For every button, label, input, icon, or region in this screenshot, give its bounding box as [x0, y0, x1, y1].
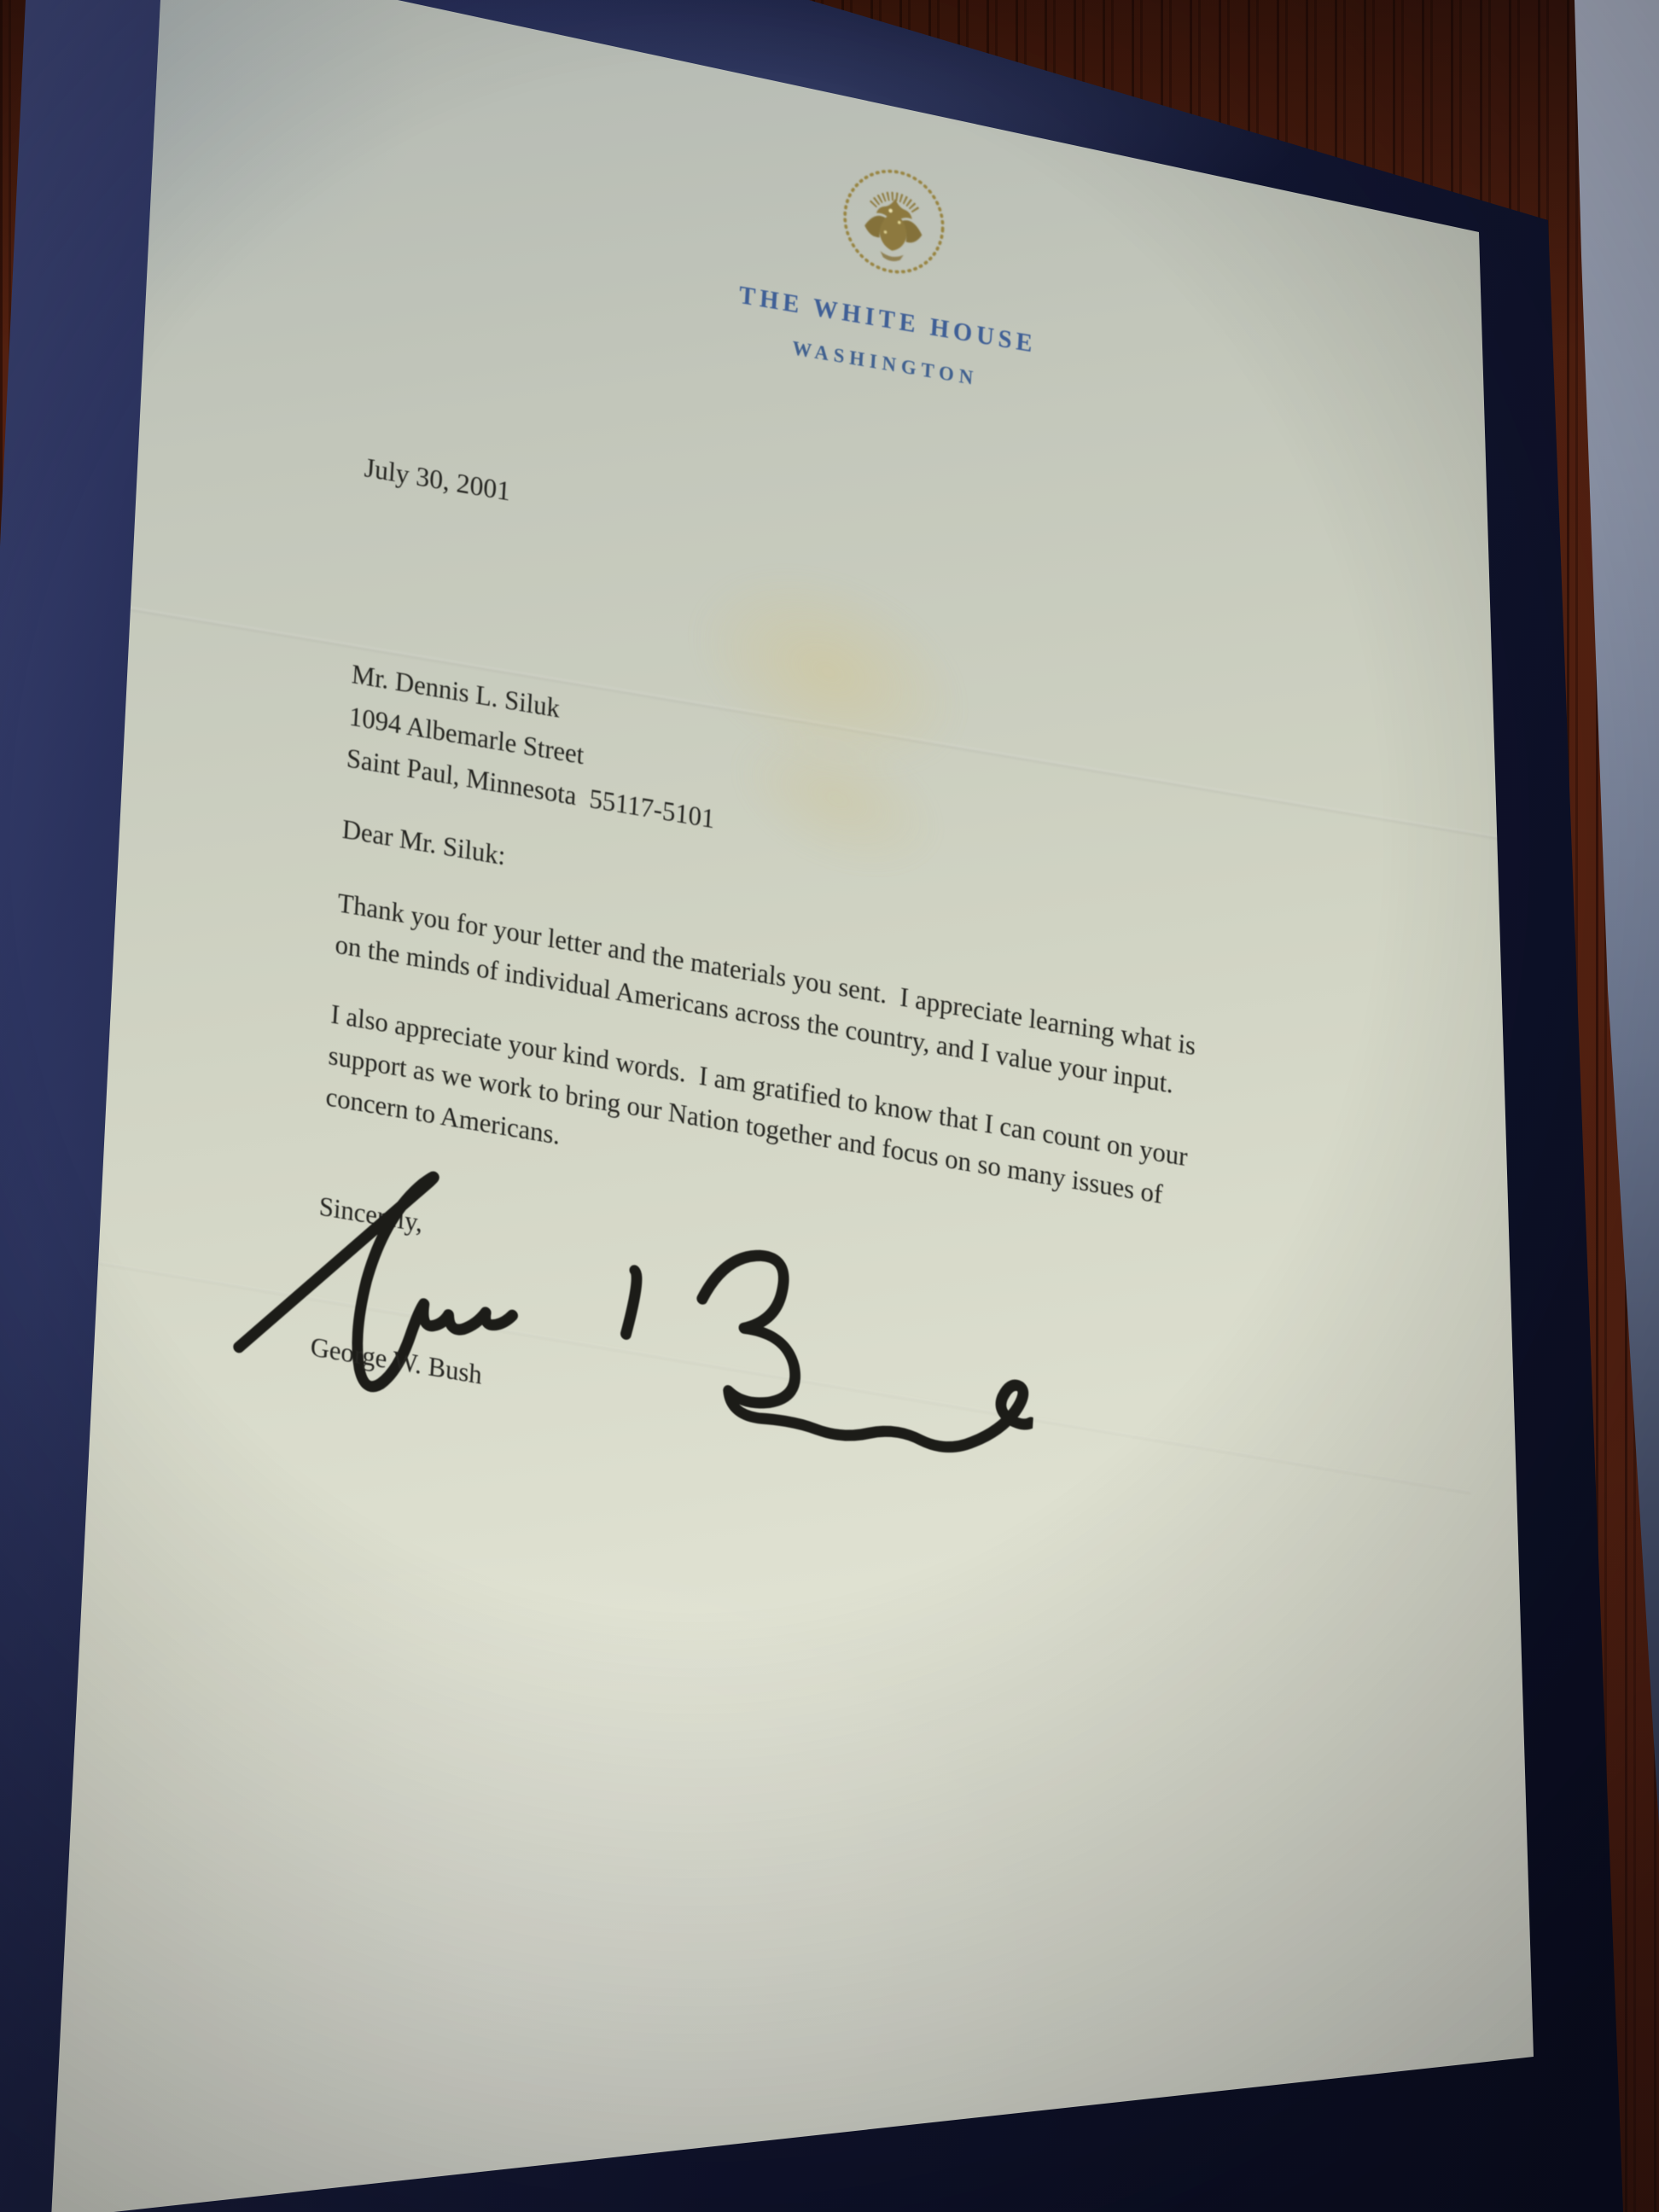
- presidential-seal-icon: [832, 153, 956, 290]
- recipient-address: Mr. Dennis L. Siluk 1094 Albemarle Stree…: [346, 653, 721, 841]
- letter-content: THE WHITE HOUSE WASHINGTON July 30, 2001…: [68, 19, 1497, 2122]
- salutation: Dear Mr. Siluk:: [341, 814, 506, 872]
- photo-of-framed-letter: THE WHITE HOUSE WASHINGTON July 30, 2001…: [0, 0, 1659, 2212]
- letter-paper-area: THE WHITE HOUSE WASHINGTON July 30, 2001…: [0, 0, 1659, 2212]
- letter-date: July 30, 2001: [364, 451, 511, 508]
